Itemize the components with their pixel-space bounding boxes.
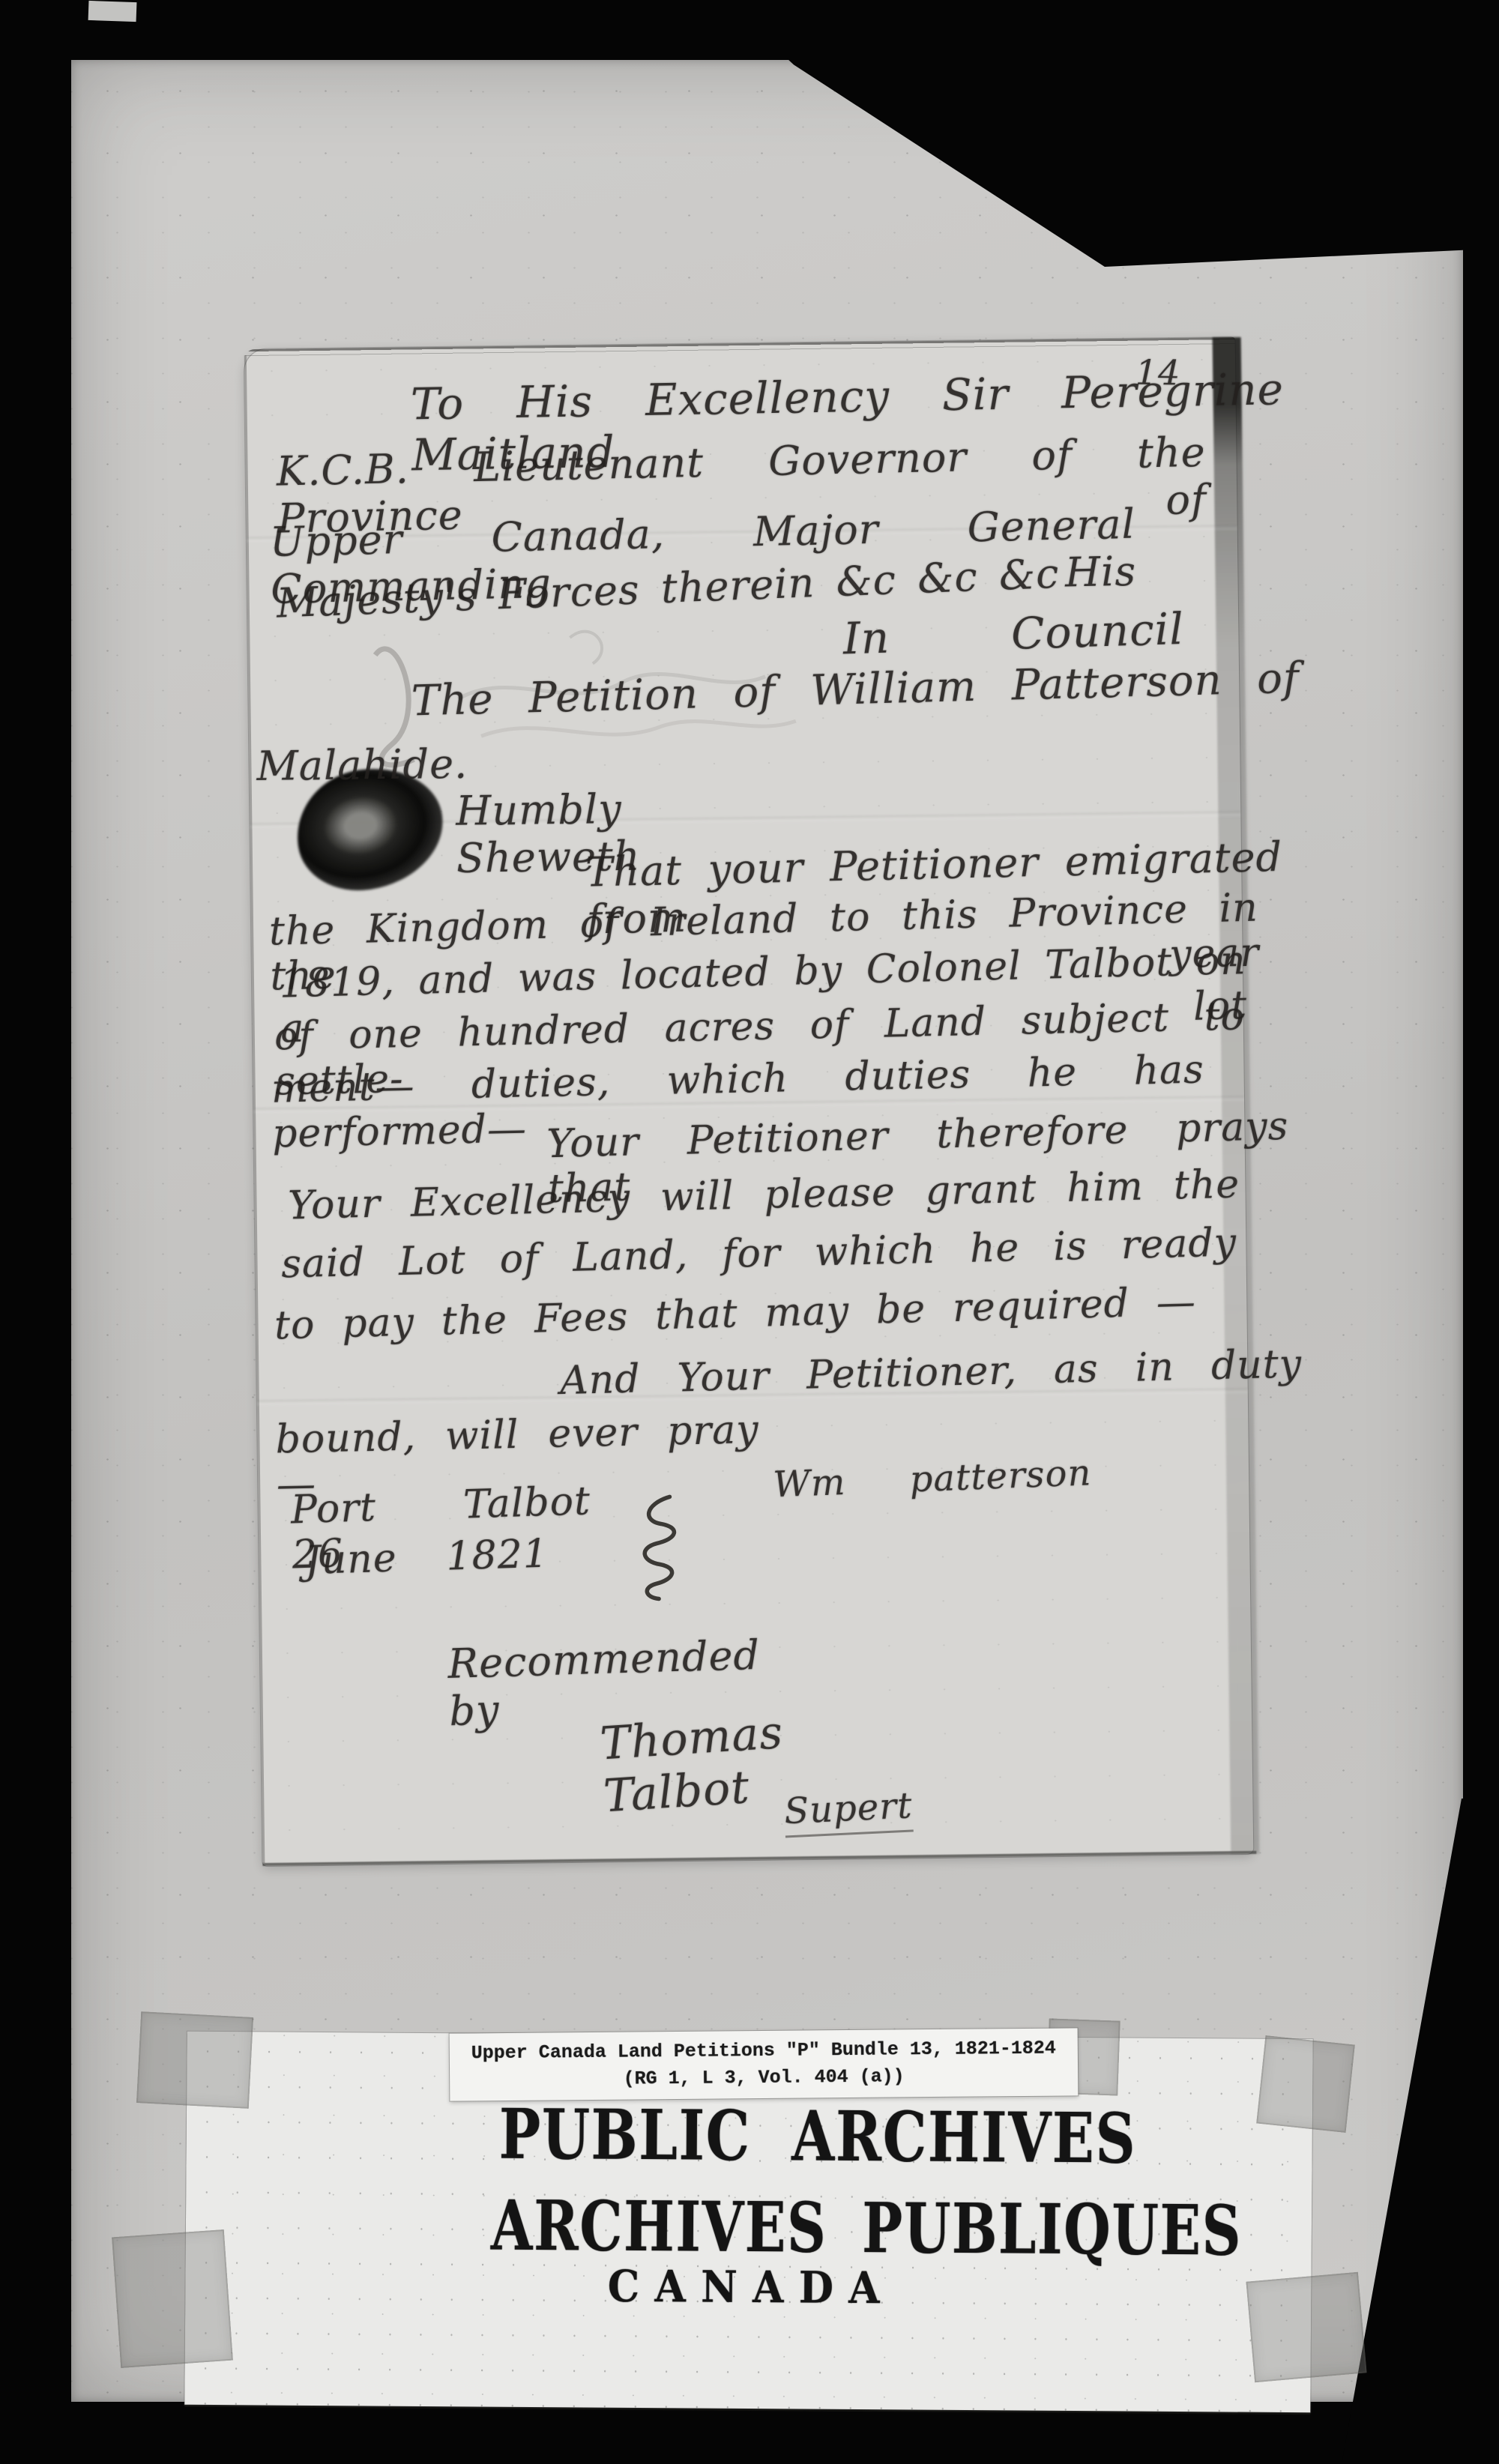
petition-line-township: Malahide.: [256, 740, 468, 790]
tape-top-right: [1256, 2035, 1355, 2133]
tape-bottom-right: [1246, 2272, 1366, 2383]
petition-line-date: June 1821: [304, 1532, 549, 1584]
tape-top-left: [136, 2011, 253, 2109]
film-edge-artifact: [88, 1, 137, 22]
petition-line-in-council: In Council: [842, 603, 1185, 664]
microfilm-scan: 14 To His Excellency Sir Peregrine Maitl…: [0, 0, 1499, 2464]
reference-label-line-2: (RG 1, L 3, Vol. 404 (a)): [450, 2064, 1078, 2091]
ink-squiggle: [636, 1492, 692, 1604]
recommender-title: Supert: [783, 1784, 914, 1838]
archives-stamp-line-2: ARCHIVES PUBLIQUES: [491, 2185, 1018, 2270]
petition-page: 14 To His Excellency Sir Peregrine Maitl…: [244, 337, 1254, 1866]
reference-label: Upper Canada Land Petitions "P" Bundle 1…: [450, 2028, 1079, 2101]
archives-stamp-line-1: PUBLIC ARCHIVES: [498, 2094, 1021, 2178]
archives-stamp-line-3: CANADA: [544, 2260, 958, 2314]
tape-bottom-left: [112, 2229, 233, 2368]
reference-label-line-1: Upper Canada Land Petitions "P" Bundle 1…: [450, 2037, 1078, 2064]
